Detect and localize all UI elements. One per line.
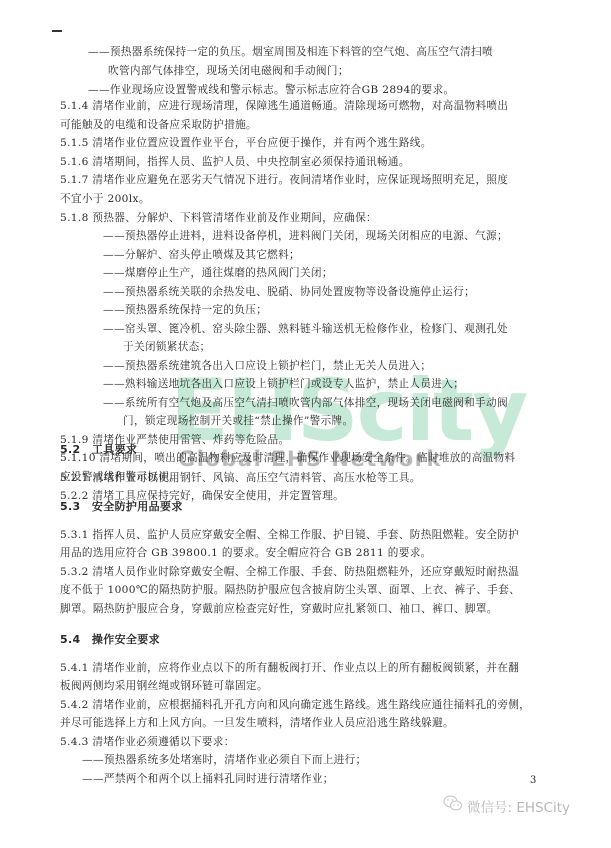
paragraph-line: 5.3.1 指挥人员、监护人员应穿戴安全帽、全棉工作服、护目镜、手套、防热阻燃鞋… — [60, 529, 519, 542]
list-item: ——预热器系统建筑各出入口应设上锁护栏门，禁止无关人员进入； — [103, 360, 431, 373]
paragraph-line: 脚罩。隔热防护服应合身，穿戴前应检查完好性，穿戴时应扎紧领口、袖口、裤口、脚罩。 — [60, 603, 498, 616]
paragraph-line: 门，锁定现场控制开关或挂“禁止操作”警示牌。 — [123, 415, 353, 428]
paragraph-line: 5.3.2 清堵人员作业时除穿戴安全帽、全棉工作服、手套、防热阻燃鞋外，还应穿戴… — [60, 566, 519, 579]
list-item: ——预热器系统保持一定的负压。烟室周围及相连下料管的空气炮、高压空气清扫喷 — [88, 46, 493, 59]
list-item: ——预热器停止进料，进料设备停机，进料阀门关闭，现场关闭相应的电源、气源； — [103, 230, 508, 243]
list-item: ——预热器系统关联的余热发电、脱硝、协同处置废物等设备设施停止运行； — [103, 286, 475, 299]
list-item: ——熟料输送地坑各出入口应设上锁护栏门或设专人监护，禁止人员进入； — [103, 378, 464, 391]
paragraph-line: 5.1.5 清堵作业位置应设置作业平台，平台应便于操作，并有两个逃生路线。 — [60, 137, 432, 150]
paragraph-line: 板阀两侧均采用钢丝绳或钢环链可靠固定。 — [60, 680, 268, 693]
paragraph-line: 于关闭锁紧状态； — [123, 341, 211, 354]
list-item: ——系统所有空气炮及高压空气清扫喷吹管内部气体排空，现场关闭电磁阀和手动阀 — [103, 397, 508, 410]
list-item: ——窑头罩、篦冷机、窑头除尘器、熟料链斗输送机无检修作业，检修门、观测孔处 — [103, 323, 508, 336]
list-item: ——预热器系统保持一定的负压； — [103, 304, 267, 317]
section-heading: 5.3 安全防护用品要求 — [60, 500, 183, 513]
header-mark — [52, 30, 62, 32]
paragraph-line: 5.1.7 清堵作业应避免在恶劣天气情况下进行。夜间清堵作业时，应保证现场照明充… — [60, 174, 508, 187]
list-item: ——分解炉、窑头停止喷煤及其它燃料； — [103, 249, 300, 262]
wechat-icon — [443, 795, 463, 816]
section-heading: 5.4 操作安全要求 — [60, 633, 160, 646]
paragraph-line: 不宜小于 200lx。 — [60, 193, 150, 206]
wechat-label: 微信号: EHSCity — [467, 796, 570, 816]
paragraph-line: 5.2.1 清堵作业可以使用钢钎、风镐、高压空气清料管、高压水枪等工具。 — [60, 472, 421, 485]
paragraph-line: 度不低于 1000℃的隔热防护服。隔热防护服应包含披肩防尘头罩、面罩、上衣、裤子… — [60, 584, 520, 597]
paragraph-line: 5.1.4 清堵作业前，应进行现场清理，保障逃生通道畅通。清除现场可燃物，对高温… — [60, 100, 508, 113]
section-heading: 5.2 工具要求 — [60, 443, 137, 456]
list-item: ——煤磨停止生产，通往煤磨的热风阀门关闭； — [103, 267, 333, 280]
list-item: ——预热器系统多处堵塞时，清堵作业必须自下而上进行； — [82, 754, 367, 767]
wechat-badge: 微信号: EHSCity — [443, 795, 570, 816]
document-page: EHScity Global EHS Network ——预热器系统保持一定的负… — [0, 0, 611, 848]
paragraph-line: 用品的选用应符合 GB 39800.1 的要求。安全帽应符合 GB 2811 的… — [60, 547, 432, 560]
paragraph-line: 并尽可能选择上方和上风方向。一旦发生喷料，清堵作业人员应沿逃生路线躲避。 — [60, 717, 454, 730]
paragraph-line: 5.4.3 清堵作业必须遵循以下要求： — [60, 736, 235, 749]
paragraph-line: 5.4.1 清堵作业前，应将作业点以下的所有翻板阀打开、作业点以上的所有翻板阀锁… — [60, 662, 519, 675]
paragraph-line: 5.1.6 清堵期间，指挥人员、监护人员、中央控制室必须保持通讯畅通。 — [60, 156, 410, 169]
paragraph-line: 5.4.2 清堵作业前，应根据捅料孔开孔方向和风向确定逃生路线。逃生路线应通往捅… — [60, 699, 530, 712]
paragraph-line: 5.1.8 预热器、分解炉、下料管清堵作业前及作业期间，应确保： — [60, 212, 377, 225]
page-number: 3 — [530, 775, 536, 786]
list-item: ——严禁两个和两个以上捅料孔同时进行清堵作业； — [82, 773, 334, 786]
list-item: ——作业现场应设置警戒线和警示标志。警示标志应符合GB 2894的要求。 — [88, 84, 454, 97]
paragraph-line: 可能触及的电缆和设备应采取防护措施。 — [60, 119, 257, 132]
paragraph-line: 吹管内部气体排空，现场关闭电磁阀和手动阀门； — [108, 65, 349, 78]
